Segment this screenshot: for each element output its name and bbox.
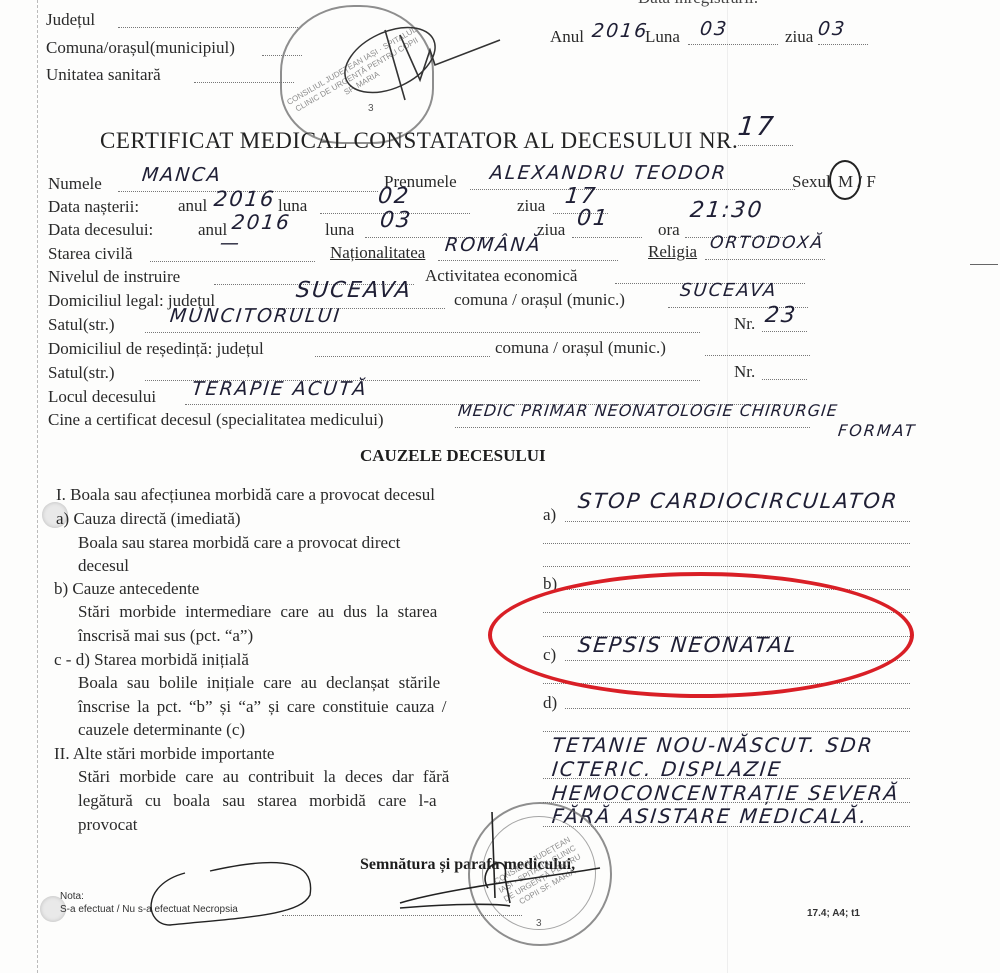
religia-line bbox=[705, 259, 825, 260]
answer-a-line3 bbox=[543, 566, 910, 567]
sexul-selected-circle bbox=[829, 160, 861, 200]
domiciliu-comuna-value: SUCEAVA bbox=[679, 280, 779, 302]
certificate-number: 17 bbox=[737, 116, 776, 138]
decesului-ziua-line bbox=[572, 237, 642, 238]
resedinta-comuna-line bbox=[705, 355, 810, 356]
resedinta-label: Domiciliul de reședință: județul bbox=[48, 339, 264, 359]
satul-label: Satul(str.) bbox=[48, 315, 115, 335]
satul-line bbox=[145, 332, 700, 333]
answer-a-line1 bbox=[565, 521, 910, 522]
satul2-label: Satul(str.) bbox=[48, 363, 115, 383]
unitate-line bbox=[194, 82, 294, 83]
nationalitatea-line bbox=[438, 260, 618, 261]
cause-a-title: a) Cauza directă (imediată) bbox=[56, 509, 241, 529]
nr-line bbox=[762, 331, 807, 332]
answer-ii-value1: TETANIE NOU-NĂSCUT. SDR bbox=[551, 734, 875, 756]
decesului-anul-value: 2016 bbox=[231, 211, 292, 233]
cause-cd-title: c - d) Starea morbidă inițială bbox=[54, 650, 249, 670]
nasterii-ziua-label: ziua bbox=[517, 196, 545, 216]
decesului-luna-label: luna bbox=[325, 220, 354, 240]
answer-ii-line2 bbox=[543, 802, 910, 803]
cause-cd-desc3: cauzele determinante (c) bbox=[78, 720, 245, 740]
margin-mark bbox=[970, 264, 998, 265]
cause-b-desc2: înscrisă mai sus (pct. “a”) bbox=[78, 626, 253, 646]
nationalitatea-label: Naționalitatea bbox=[330, 243, 425, 263]
signature-top bbox=[330, 10, 510, 130]
necropsia-circle-mark bbox=[140, 855, 340, 935]
locul-value: TERAPIE ACUTĂ bbox=[191, 378, 369, 400]
decesului-label: Data decesului: bbox=[48, 220, 153, 240]
activitate-label: Activitatea economică bbox=[425, 266, 577, 286]
resedinta-judet-line bbox=[315, 356, 490, 357]
nr2-line bbox=[762, 379, 807, 380]
answer-a-label: a) bbox=[543, 505, 556, 525]
nr2-label: Nr. bbox=[734, 362, 755, 382]
nationalitatea-value: ROMÂNĂ bbox=[444, 234, 543, 256]
decesului-ora-label: ora bbox=[658, 220, 680, 240]
certificat-value: MEDIC PRIMAR NEONATOLOGIE CHIRURGIE bbox=[457, 400, 839, 422]
locul-label: Locul decesului bbox=[48, 387, 156, 407]
nasterii-label: Data nașterii: bbox=[48, 197, 139, 217]
certificat-line bbox=[455, 427, 810, 428]
answer-d-label: d) bbox=[543, 693, 557, 713]
cause-ii-desc3: provocat bbox=[78, 815, 137, 835]
cause-a-desc2: decesul bbox=[78, 556, 129, 576]
certificat-label: Cine a certificat decesul (specialitatea… bbox=[48, 410, 384, 430]
prenumele-line bbox=[470, 189, 795, 190]
comuna-label: Comuna/orașul(municipiul) bbox=[46, 38, 235, 58]
cause-cd-desc1: Boala sau bolile inițiale care au declan… bbox=[78, 673, 440, 693]
starea-civila-line bbox=[150, 261, 315, 262]
resedinta-comuna-label: comuna / orașul (munic.) bbox=[495, 338, 666, 358]
answer-d-line1 bbox=[565, 708, 910, 709]
page-left-margin-rule bbox=[37, 0, 38, 973]
luna-label: Luna bbox=[645, 27, 680, 47]
answer-a-value: STOP CARDIOCIRCULATOR bbox=[577, 490, 900, 512]
decesului-luna-value: 03 bbox=[379, 210, 413, 232]
cause-b-title: b) Cauze antecedente bbox=[54, 579, 199, 599]
judet-line bbox=[118, 27, 298, 28]
ziua-label: ziua bbox=[785, 27, 813, 47]
answer-ii-value2: ICTERIC. DISPLAZIE bbox=[551, 758, 784, 780]
luna-line bbox=[688, 44, 778, 45]
nivel-label: Nivelul de instruire bbox=[48, 267, 180, 287]
sexul-label: Sexul bbox=[792, 172, 831, 192]
cause-i-title: I. Boala sau afecțiunea morbidă care a p… bbox=[56, 485, 435, 505]
judet-label: Județul bbox=[46, 10, 95, 30]
comuna-label-legal: comuna / orașul (munic.) bbox=[454, 290, 625, 310]
nasterii-ziua-value: 17 bbox=[564, 186, 598, 208]
decesului-ziua-value: 01 bbox=[576, 208, 610, 230]
certificate-title: CERTIFICAT MEDICAL CONSTATATOR AL DECESU… bbox=[100, 128, 738, 154]
form-code: 17.4; A4; t1 bbox=[807, 908, 860, 919]
religia-label: Religia bbox=[648, 242, 697, 262]
nota-label: Nota: bbox=[60, 891, 84, 902]
ziua-line bbox=[818, 44, 868, 45]
nr-label: Nr. bbox=[734, 314, 755, 334]
signature-bottom bbox=[380, 808, 620, 928]
red-highlight-ellipse bbox=[488, 572, 914, 698]
numele-value: MANCA bbox=[141, 164, 223, 186]
data-inregistrarii-label: Data înregistrării: bbox=[638, 0, 758, 8]
nasterii-luna-value: 02 bbox=[377, 186, 411, 208]
cause-a-desc1: Boala sau starea morbidă care a provocat… bbox=[78, 533, 400, 553]
cause-ii-title: II. Alte stări morbide importante bbox=[54, 744, 274, 764]
satul-value: MUNCITORULUI bbox=[169, 305, 342, 327]
certificat-value-continued: FORMAT bbox=[837, 420, 918, 442]
numele-label: Numele bbox=[48, 174, 102, 194]
nasterii-anul-label: anul bbox=[178, 196, 207, 216]
cause-cd-desc2: înscrise la pct. “b” și “a” și care cons… bbox=[78, 697, 446, 717]
causes-heading: CAUZELE DECESULUI bbox=[360, 446, 546, 466]
anul-label: Anul bbox=[550, 27, 584, 47]
certificate-number-line bbox=[738, 145, 793, 146]
domiciliu-judet-value: SUCEAVA bbox=[295, 280, 413, 302]
nasterii-anul-value: 2016 bbox=[213, 188, 277, 210]
answer-ii-value3: HEMOCONCENTRAȚIE SEVERĂ bbox=[551, 782, 901, 804]
cause-b-desc1: Stări morbide intermediare care au dus l… bbox=[78, 602, 437, 622]
registration-year: 2016 bbox=[591, 20, 650, 42]
answer-d-line2 bbox=[543, 731, 910, 732]
answer-a-line2 bbox=[543, 543, 910, 544]
registration-day: 03 bbox=[817, 18, 847, 40]
registration-month: 03 bbox=[699, 18, 729, 40]
nr-value: 23 bbox=[764, 305, 798, 327]
prenumele-value: ALEXANDRU TEODOR bbox=[489, 162, 728, 184]
decesului-ora-value: 21:30 bbox=[689, 200, 765, 222]
starea-civila-value: — bbox=[219, 232, 242, 254]
religia-value: ORTODOXĂ bbox=[709, 232, 826, 254]
unitate-label: Unitatea sanitară bbox=[46, 65, 161, 85]
starea-civila-label: Starea civilă bbox=[48, 244, 133, 264]
cause-ii-desc1: Stări morbide care au contribuit la dece… bbox=[78, 767, 449, 787]
